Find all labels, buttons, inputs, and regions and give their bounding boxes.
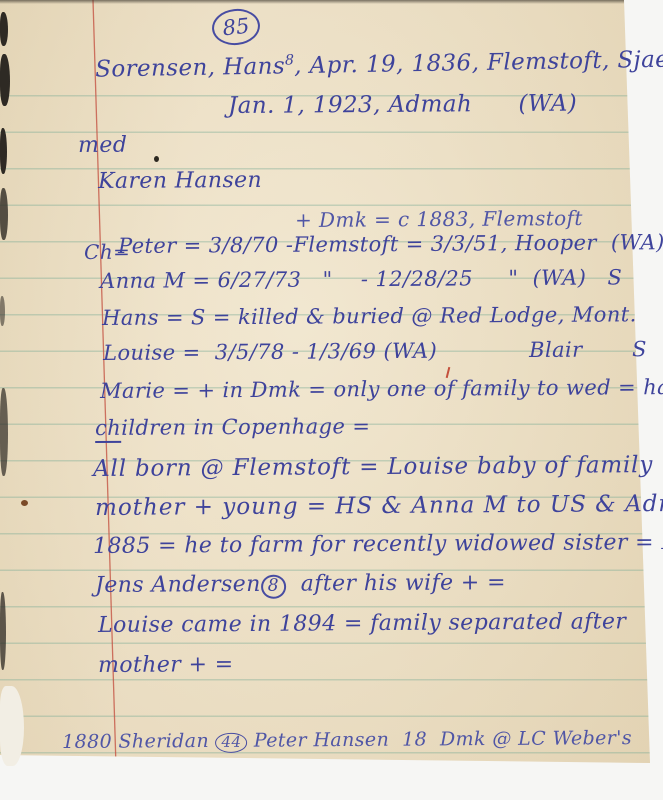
spouse-death-note: + Dmk = c 1883, Flemstoft bbox=[295, 206, 583, 232]
reference-number-circle: 8 bbox=[261, 575, 286, 599]
torn-paper-patch bbox=[0, 686, 24, 766]
title-name: Sorensen, Hans bbox=[95, 53, 285, 82]
note-mother-died: mother + young = HS & Anna M to US & Adm… bbox=[95, 491, 663, 521]
torn-edge-fragment bbox=[0, 12, 8, 46]
child-line-louise: Louise = 3/5/78 - 1/3/69 (WA) Blair S bbox=[103, 337, 647, 365]
spouse-name: Karen Hansen bbox=[98, 168, 262, 194]
child-line-hans: Hans = S = killed & buried @ Red Lodge, … bbox=[102, 302, 637, 330]
torn-edge-fragment bbox=[0, 388, 8, 476]
torn-edge-fragment bbox=[0, 54, 10, 106]
title-line-death: Jan. 1, 1923, Admah (WA) bbox=[228, 91, 577, 119]
page-number: 85 bbox=[221, 14, 250, 41]
jens-andersen-name: Jens Andersen bbox=[95, 572, 261, 598]
census-note: 1880 Sheridan 44 Peter Hansen 18 Dmk @ L… bbox=[62, 727, 632, 753]
note-louise-1894: Louise came in 1894 = family separated a… bbox=[98, 609, 626, 638]
generation-superscript: 8 bbox=[285, 53, 294, 69]
note-mother-died-2: mother + = bbox=[98, 652, 234, 678]
note-jens-andersen: Jens Andersen8 after his wife + = bbox=[95, 570, 506, 600]
census-year-place: 1880 Sheridan bbox=[62, 730, 216, 753]
census-details: Peter Hansen 18 Dmk @ LC Weber's bbox=[247, 727, 632, 752]
torn-edge-fragment bbox=[0, 296, 5, 326]
torn-edge-fragment bbox=[0, 128, 7, 174]
note-1885-farm: 1885 = he to farm for recently widowed s… bbox=[93, 530, 663, 559]
paper-speck bbox=[21, 500, 28, 506]
child-line-peter: Peter = 3/8/70 -Flemstoft = 3/3/51, Hoop… bbox=[118, 230, 663, 258]
marie-continued-rest: ildren in Copenhage = bbox=[121, 414, 370, 440]
note-all-born: All born @ Flemstoft = Louise baby of fa… bbox=[93, 452, 663, 482]
torn-edge-fragment bbox=[0, 592, 6, 670]
ink-speck bbox=[154, 156, 159, 162]
scan-top-edge bbox=[0, 0, 624, 4]
torn-edge-fragment bbox=[0, 188, 8, 240]
jens-andersen-rest: after his wife + = bbox=[286, 570, 506, 597]
underlined-ch: ch bbox=[95, 416, 121, 443]
census-reference-circle: 44 bbox=[215, 733, 247, 753]
scanned-page: 85 Sorensen, Hans8, Apr. 19, 1836, Flems… bbox=[0, 0, 663, 800]
married-label: med bbox=[78, 133, 127, 158]
child-line-anna: Anna M = 6/27/73 " - 12/28/25 " (WA) S bbox=[100, 265, 622, 293]
child-line-marie-continued: children in Copenhage = bbox=[95, 414, 370, 440]
child-line-marie: Marie = + in Dmk = only one of family to… bbox=[100, 375, 663, 403]
